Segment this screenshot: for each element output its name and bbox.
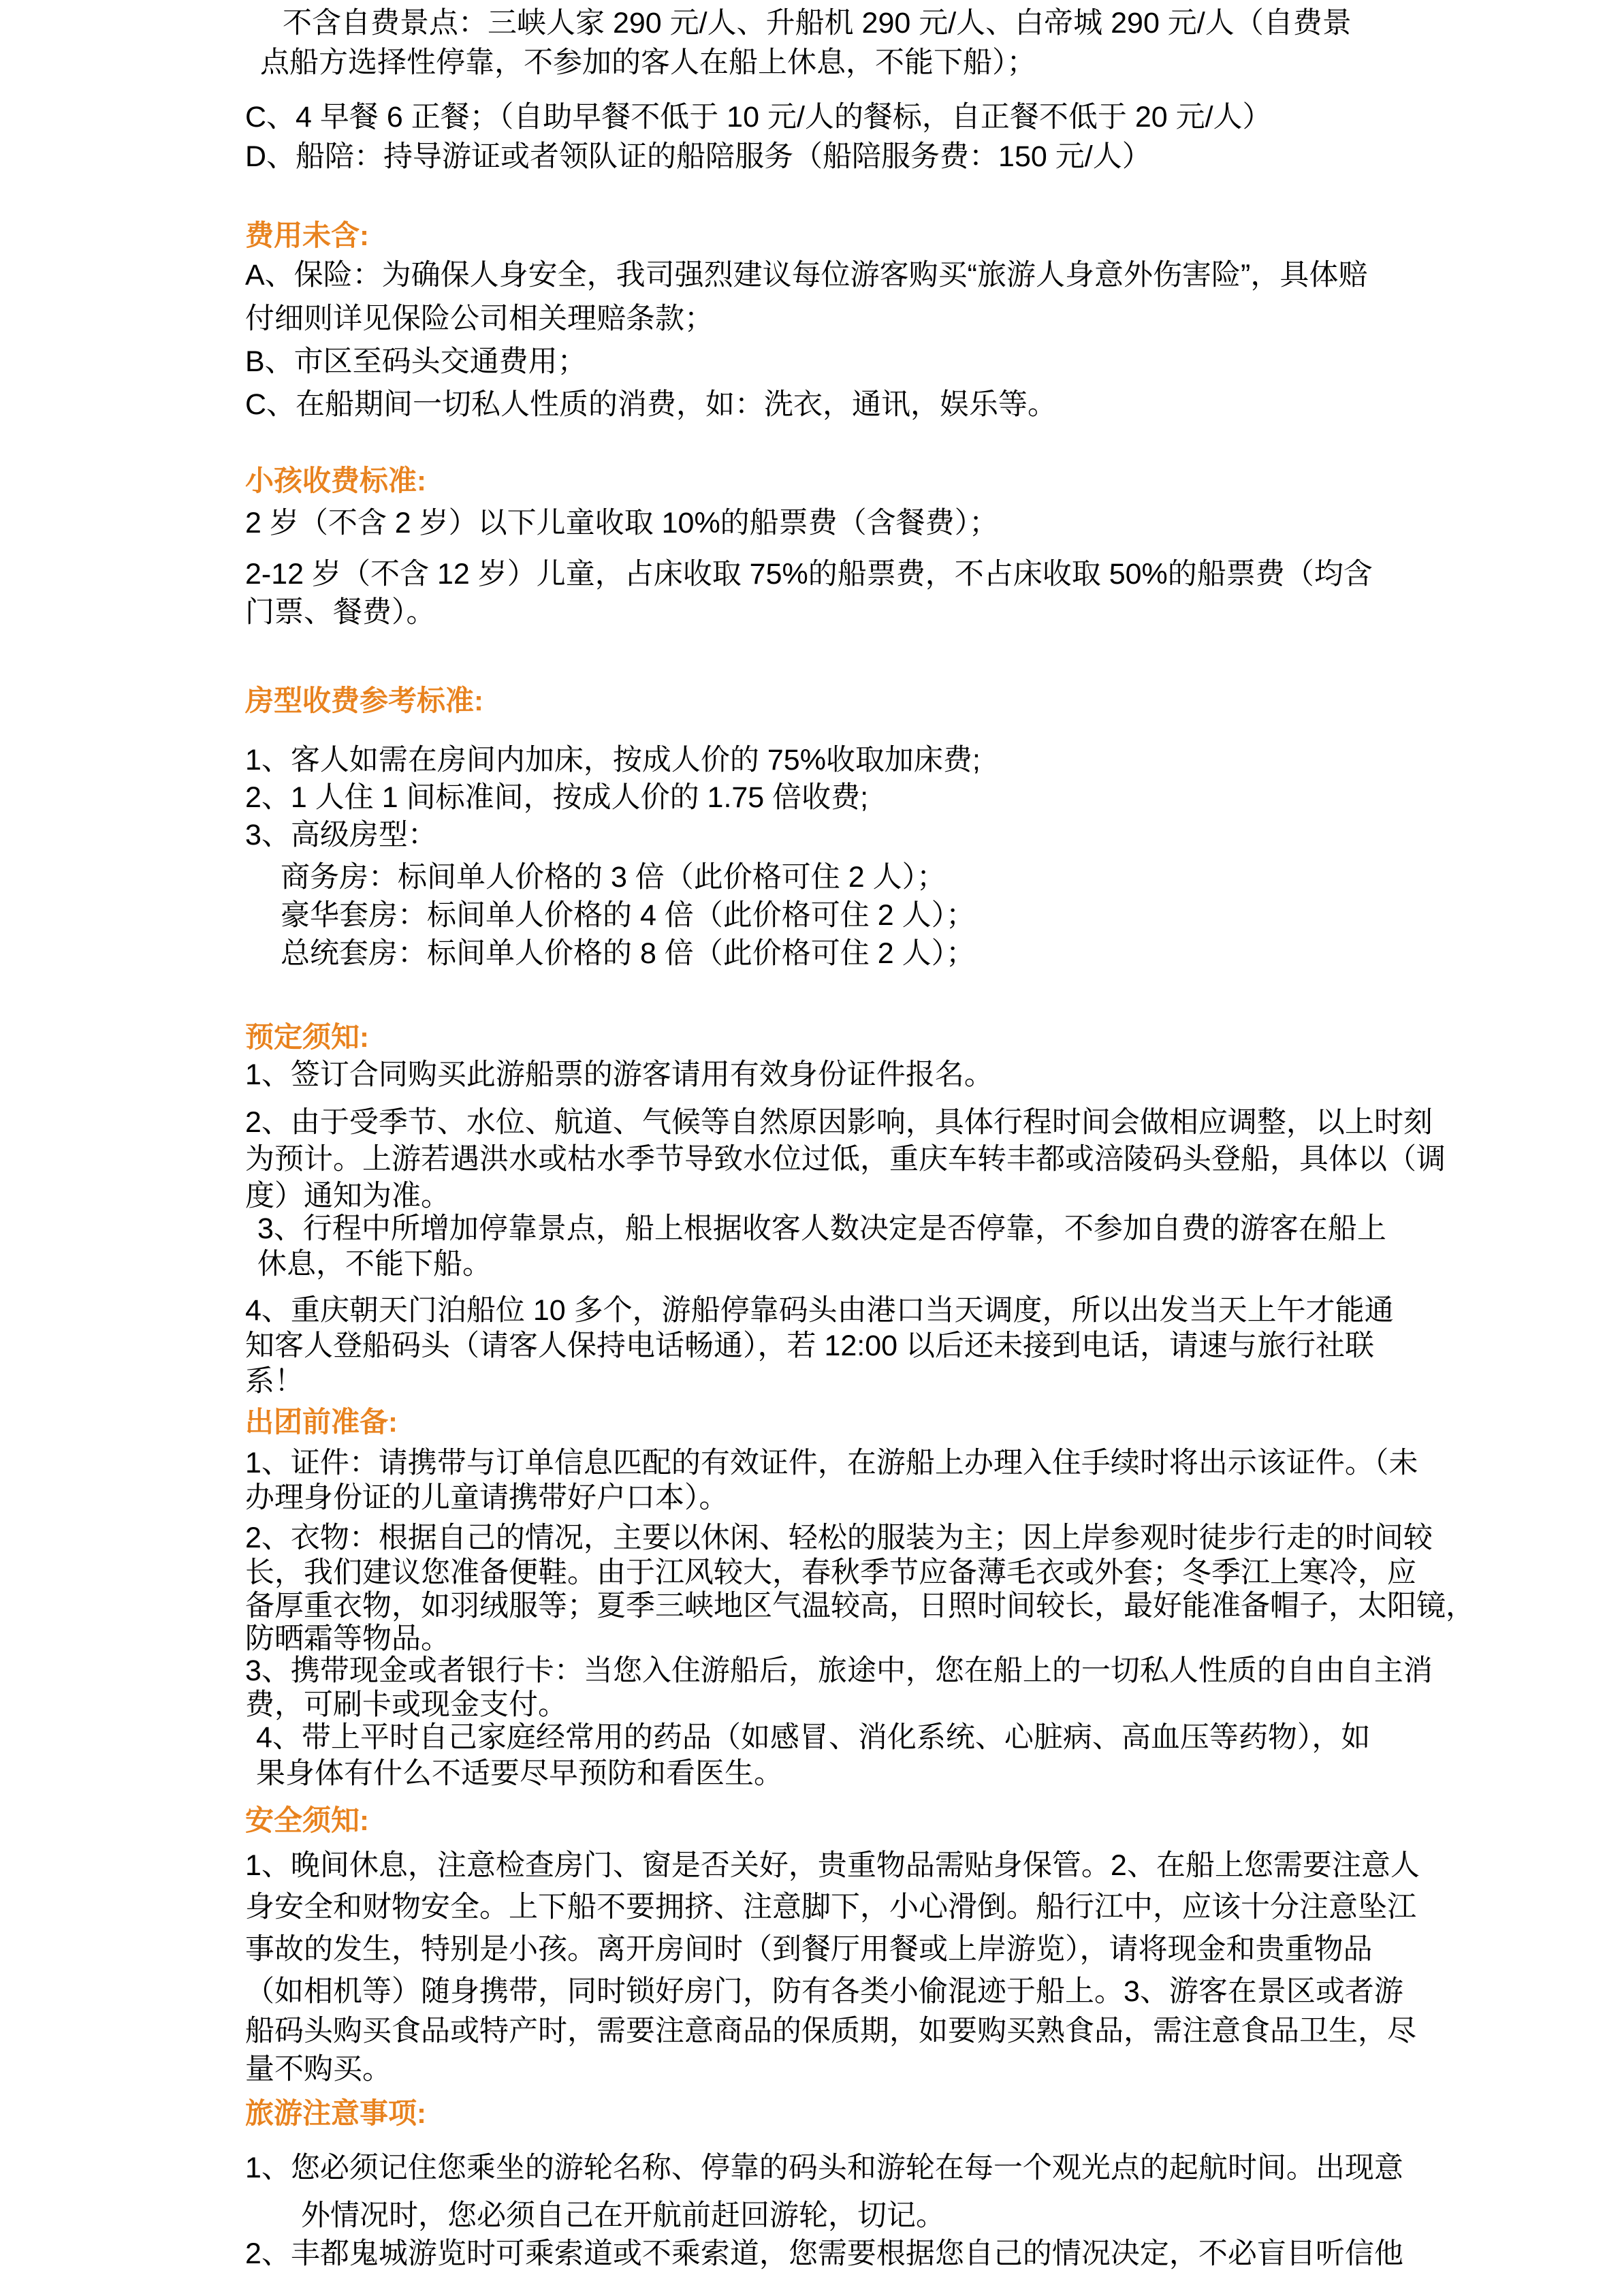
travel-notes-line-2: 2、丰都鬼城游览时可乘索道或不乘索道，您需要根据您自己的情况决定，不必盲目听信他	[245, 2236, 1403, 2271]
pre-departure-line-0: 1、证件：请携带与订单信息匹配的有效证件，在游船上办理入住手续时将出示该证件。（…	[245, 1445, 1418, 1481]
travel-notes-line-0: 1、您必须记住您乘坐的游轮名称、停靠的码头和游轮在每一个观光点的起航时间。出现意	[245, 2150, 1403, 2186]
booking-notes-line-7: 知客人登船码头（请客人保持电话畅通），若 12:00 以后还未接到电话，请速与旅…	[245, 1328, 1374, 1364]
intro-line-3: D、船陪：持导游证或者领队证的船陪服务（船陪服务费：150 元/人）	[245, 139, 1151, 174]
room-pricing-line-4: 豪华套房：标间单人价格的 4 倍（此价格可住 2 人）；	[281, 898, 975, 933]
pre-departure-line-7: 费，可刷卡或现金支付。	[245, 1687, 567, 1723]
booking-notes-line-2: 为预计。上游若遇洪水或枯水季节导致水位过低，重庆车转丰都或涪陵码头登船，具体以（…	[245, 1142, 1446, 1177]
intro-line-0: 不含自费景点：三峡人家 290 元/人、升船机 290 元/人、白帝城 290 …	[283, 5, 1352, 41]
pre-departure-line-9: 果身体有什么不适要尽早预防和看医生。	[256, 1756, 783, 1791]
pre-departure-line-1: 办理身份证的儿童请携带好户口本）。	[245, 1480, 729, 1515]
fees-excluded-line-3: C、在船期间一切私人性质的消费，如：洗衣，通讯，娱乐等。	[245, 387, 1057, 422]
safety-notes-line-2: 事故的发生，特别是小孩。离开房间时（到餐厅用餐或上岸游览），请将现金和贵重物品	[245, 1932, 1373, 1967]
booking-notes-line-8: 系！	[245, 1364, 304, 1399]
safety-notes-line-5: 量不购买。	[245, 2051, 392, 2087]
travel-notes-heading: 旅游注意事项:	[245, 2096, 426, 2131]
safety-notes-line-4: 船码头购买食品或特产时，需要注意商品的保质期，如要购买熟食品，需注意食品卫生，尽	[245, 2013, 1416, 2049]
fees-excluded-line-0: A、保险：为确保人身安全，我司强烈建议每位游客购买“旅游人身意外伤害险”，具体赔	[245, 257, 1367, 293]
child-pricing-line-0: 2 岁（不含 2 岁）以下儿童收取 10%的船票费（含餐费）；	[245, 505, 998, 541]
booking-notes-line-6: 4、重庆朝天门泊船位 10 多个，游船停靠码头由港口当天调度，所以出发当天上午才…	[245, 1293, 1394, 1328]
travel-notes-line-1: 外情况时，您必须自己在开航前赶回游轮，切记。	[301, 2198, 945, 2233]
pre-departure-line-4: 备厚重衣物，如羽绒服等；夏季三峡地区气温较高，日照时间较长，最好能准备帽子，太阳…	[245, 1588, 1475, 1624]
fees-excluded-line-2: B、市区至码头交通费用；	[245, 344, 587, 379]
child-pricing-line-2: 门票、餐费）。	[245, 595, 436, 630]
booking-notes-line-1: 2、由于受季节、水位、航道、气候等自然原因影响，具体行程时间会做相应调整，以上时…	[245, 1105, 1433, 1140]
room-pricing-line-0: 1、客人如需在房间内加床，按成人价的 75%收取加床费;	[245, 742, 981, 778]
booking-notes-line-0: 1、签订合同购买此游船票的游客请用有效身份证件报名。	[245, 1057, 993, 1092]
fees-excluded-heading: 费用未含:	[245, 218, 369, 253]
booking-notes-line-5: 休息，不能下船。	[257, 1246, 492, 1282]
booking-notes-heading: 预定须知:	[245, 1020, 369, 1055]
room-pricing-line-2: 3、高级房型：	[245, 817, 437, 853]
pre-departure-line-6: 3、携带现金或者银行卡：当您入住游船后，旅途中，您在船上的一切私人性质的自由自主…	[245, 1653, 1433, 1688]
safety-notes-line-0: 1、晚间休息，注意检查房门、窗是否关好，贵重物品需贴身保管。2、在船上您需要注意…	[245, 1848, 1420, 1883]
fees-excluded-line-1: 付细则详见保险公司相关理赔条款；	[245, 301, 714, 336]
document-page: 不含自费景点：三峡人家 290 元/人、升船机 290 元/人、白帝城 290 …	[0, 0, 1622, 2296]
room-pricing-heading: 房型收费参考标准:	[245, 683, 483, 719]
intro-line-2: C、4 早餐 6 正餐；（自助早餐不低于 10 元/人的餐标，自正餐不低于 20…	[245, 99, 1272, 135]
child-pricing-heading: 小孩收费标准:	[245, 463, 426, 499]
intro-line-1: 点船方选择性停靠，不参加的客人在船上休息，不能下船）；	[260, 45, 1036, 80]
booking-notes-line-4: 3、行程中所增加停靠景点，船上根据收客人数决定是否停靠，不参加自费的游客在船上	[257, 1211, 1386, 1246]
pre-departure-heading: 出团前准备:	[245, 1404, 398, 1440]
pre-departure-line-5: 防晒霜等物品。	[245, 1621, 450, 1656]
safety-notes-line-3: （如相机等）随身携带，同时锁好房门，防有各类小偷混迹于船上。3、游客在景区或者游	[245, 1974, 1403, 2009]
room-pricing-line-3: 商务房：标间单人价格的 3 倍（此价格可住 2 人）；	[281, 860, 946, 895]
pre-departure-line-3: 长，我们建议您准备便鞋。由于江风较大，春秋季节应备薄毛衣或外套；冬季江上寒冷，应	[245, 1555, 1416, 1590]
child-pricing-line-1: 2-12 岁（不含 12 岁）儿童，占床收取 75%的船票费，不占床收取 50%…	[245, 556, 1373, 592]
room-pricing-line-5: 总统套房：标间单人价格的 8 倍（此价格可住 2 人）；	[281, 936, 975, 971]
booking-notes-line-3: 度）通知为准。	[245, 1178, 450, 1214]
safety-notes-heading: 安全须知:	[245, 1803, 369, 1838]
safety-notes-line-1: 身安全和财物安全。上下船不要拥挤、注意脚下，小心滑倒。船行江中，应该十分注意坠江	[245, 1889, 1416, 1925]
room-pricing-line-1: 2、1 人住 1 间标准间，按成人价的 1.75 倍收费;	[245, 780, 868, 815]
pre-departure-line-8: 4、带上平时自己家庭经常用的药品（如感冒、消化系统、心脏病、高血压等药物），如	[256, 1720, 1370, 1755]
pre-departure-line-2: 2、衣物：根据自己的情况，主要以休闲、轻松的服装为主；因上岸参观时徒步行走的时间…	[245, 1520, 1433, 1556]
